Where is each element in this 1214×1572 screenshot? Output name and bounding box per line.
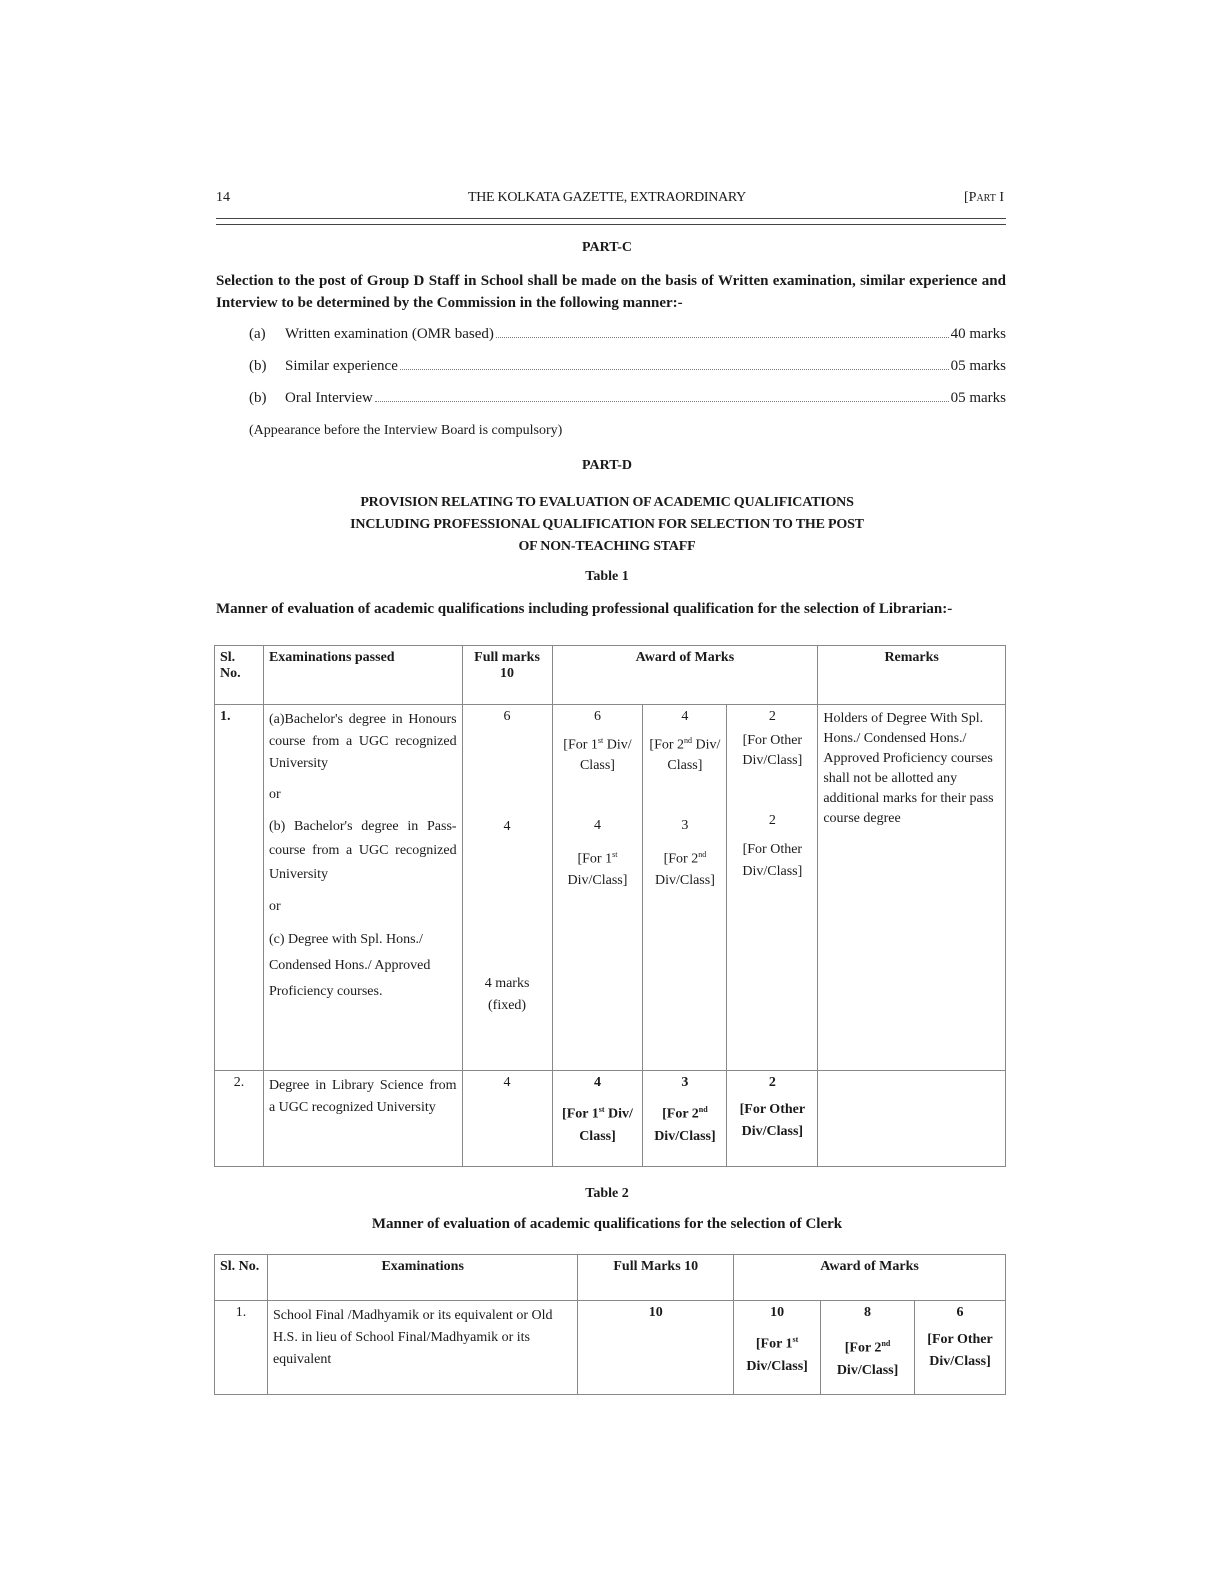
award-condition: [For Other Div/Class] (732, 1099, 812, 1143)
award-other-cell: 2 [For Other Div/Class] 2 [For Other Div… (727, 705, 818, 1071)
award-condition: [For Other Div/Class] (732, 731, 812, 771)
part-label: [PART I (964, 190, 1004, 206)
leader-dots (496, 337, 949, 338)
or-text: or (269, 899, 457, 915)
col-full-marks: Full Marks 10 (578, 1255, 734, 1301)
row-exam-text: School Final /Madhyamik or its equivalen… (267, 1301, 577, 1395)
row-sl: 1. (215, 1301, 268, 1395)
leader-dots (400, 369, 949, 370)
award-mark: 4 (558, 818, 638, 834)
item-text: Oral Interview (285, 390, 373, 407)
interview-note: (Appearance before the Interview Board i… (249, 423, 562, 439)
award-mark: 3 (648, 818, 721, 834)
table1-caption: Table 1 (0, 569, 1214, 585)
marks-item: (b) Similar experience 05 marks (249, 358, 1006, 375)
gazette-title: THE KOLKATA GAZETTE, EXTRAORDINARY (0, 190, 1214, 206)
award-condition: [For Other Div/Class] (920, 1329, 1000, 1373)
part-prefix: [P (964, 190, 976, 205)
item-label: (b) (249, 358, 285, 375)
award-2nd-cell: 4 [For 2nd Div/ Class] 3 [For 2nd Div/Cl… (643, 705, 727, 1071)
award-condition: [For 1st Div/Class] (558, 844, 638, 893)
col-full-marks: Full marks 10 (462, 646, 552, 705)
award-2nd-cell: 8 [For 2nd Div/Class] (821, 1301, 915, 1395)
item-text: Written examination (OMR based) (285, 326, 494, 343)
award-1st-cell: 10 [For 1st Div/Class] (734, 1301, 821, 1395)
table-row: 1. School Final /Madhyamik or its equiva… (215, 1301, 1006, 1395)
clerk-marks-table: Sl. No. Examinations Full Marks 10 Award… (214, 1254, 1006, 1395)
award-condition: [For 1st Div/ Class] (558, 731, 638, 776)
award-mark: 4 (558, 1075, 638, 1091)
provision-heading-line: INCLUDING PROFESSIONAL QUALIFICATION FOR… (0, 514, 1214, 536)
row-exam-text: Degree in Library Science from a UGC rec… (263, 1071, 462, 1167)
award-mark: 10 (739, 1305, 815, 1321)
option-c-text: (c) Degree with Spl. Hons./ Condensed Ho… (269, 927, 457, 1005)
table-header-row: Sl. No. Examinations passed Full marks 1… (215, 646, 1006, 705)
award-mark: 2 (732, 813, 812, 829)
award-other-cell: 6 [For Other Div/Class] (915, 1301, 1006, 1395)
award-condition: [For 1st Div/ Class] (558, 1099, 638, 1148)
table2-intro: Manner of evaluation of academic qualifi… (0, 1216, 1214, 1233)
col-examinations: Examinations passed (263, 646, 462, 705)
row-full: 4 (462, 1071, 552, 1167)
leader-dots (375, 401, 949, 402)
award-mark: 6 (558, 709, 638, 725)
award-condition: [For 2nd Div/Class] (826, 1333, 909, 1382)
table-header-row: Sl. No. Examinations Full Marks 10 Award… (215, 1255, 1006, 1301)
item-label: (b) (249, 390, 285, 407)
award-mark: 6 (920, 1305, 1000, 1321)
option-b-text: (b) Bachelor's degree in Pass-course fro… (269, 815, 457, 887)
award-mark: 2 (732, 1075, 812, 1091)
item-value: 40 marks (951, 326, 1006, 343)
table1-intro: Manner of evaluation of academic qualifi… (216, 598, 1006, 620)
part-c-intro: Selection to the post of Group D Staff i… (216, 270, 1006, 314)
table2-caption: Table 2 (0, 1186, 1214, 1202)
provision-heading-line: PROVISION RELATING TO EVALUATION OF ACAD… (0, 492, 1214, 514)
award-mark: 2 (732, 709, 812, 725)
remarks-cell (818, 1071, 1006, 1167)
option-b-full: 4 (468, 819, 547, 835)
item-text: Similar experience (285, 358, 398, 375)
marks-item: (a) Written examination (OMR based) 40 m… (249, 326, 1006, 343)
item-value: 05 marks (951, 390, 1006, 407)
row-sl: 1. (215, 705, 264, 1071)
row-full-cell: 6 4 4 marks (fixed) (462, 705, 552, 1071)
award-condition: [For 1st Div/Class] (739, 1329, 815, 1378)
col-sl-no: Sl. No. (215, 1255, 268, 1301)
col-sl-no: Sl. No. (215, 646, 264, 705)
row-full: 10 (578, 1301, 734, 1395)
option-a-full: 6 (468, 709, 547, 725)
table-row: 2. Degree in Library Science from a UGC … (215, 1071, 1006, 1167)
header-rule (216, 224, 1006, 225)
award-other-cell: 2 [For Other Div/Class] (727, 1071, 818, 1167)
header-rule (216, 218, 1006, 219)
award-mark: 4 (648, 709, 721, 725)
col-award-of-marks: Award of Marks (734, 1255, 1006, 1301)
row-sl: 2. (215, 1071, 264, 1167)
marks-item: (b) Oral Interview 05 marks (249, 390, 1006, 407)
part-c-heading: PART-C (0, 240, 1214, 256)
col-award-of-marks: Award of Marks (552, 646, 818, 705)
part-suffix: I (996, 190, 1004, 205)
col-examinations: Examinations (267, 1255, 577, 1301)
remarks-cell: Holders of Degree With Spl. Hons./ Conde… (818, 705, 1006, 1071)
or-text: or (269, 787, 457, 803)
award-2nd-cell: 3 [For 2nd Div/Class] (643, 1071, 727, 1167)
option-a-text: (a)Bachelor's degree in Honours course f… (269, 709, 457, 775)
award-1st-cell: 6 [For 1st Div/ Class] 4 [For 1st Div/Cl… (552, 705, 643, 1071)
librarian-marks-table: Sl. No. Examinations passed Full marks 1… (214, 645, 1006, 1167)
award-condition: [For 2nd Div/Class] (648, 844, 721, 893)
col-remarks: Remarks (818, 646, 1006, 705)
row-exam-cell: (a)Bachelor's degree in Honours course f… (263, 705, 462, 1071)
award-1st-cell: 4 [For 1st Div/ Class] (552, 1071, 643, 1167)
option-c-full: 4 marks (fixed) (477, 973, 537, 1017)
table-row: 1. (a)Bachelor's degree in Honours cours… (215, 705, 1006, 1071)
item-label: (a) (249, 326, 285, 343)
part-d-heading: PART-D (0, 458, 1214, 474)
provision-heading-line: OF NON-TEACHING STAFF (0, 536, 1214, 558)
part-smallcaps: ART (976, 193, 995, 204)
award-mark: 3 (648, 1075, 721, 1091)
award-condition: [For Other Div/Class] (732, 839, 812, 883)
item-value: 05 marks (951, 358, 1006, 375)
award-condition: [For 2nd Div/Class] (648, 1099, 721, 1148)
award-condition: [For 2nd Div/ Class] (648, 731, 721, 776)
award-mark: 8 (826, 1305, 909, 1321)
